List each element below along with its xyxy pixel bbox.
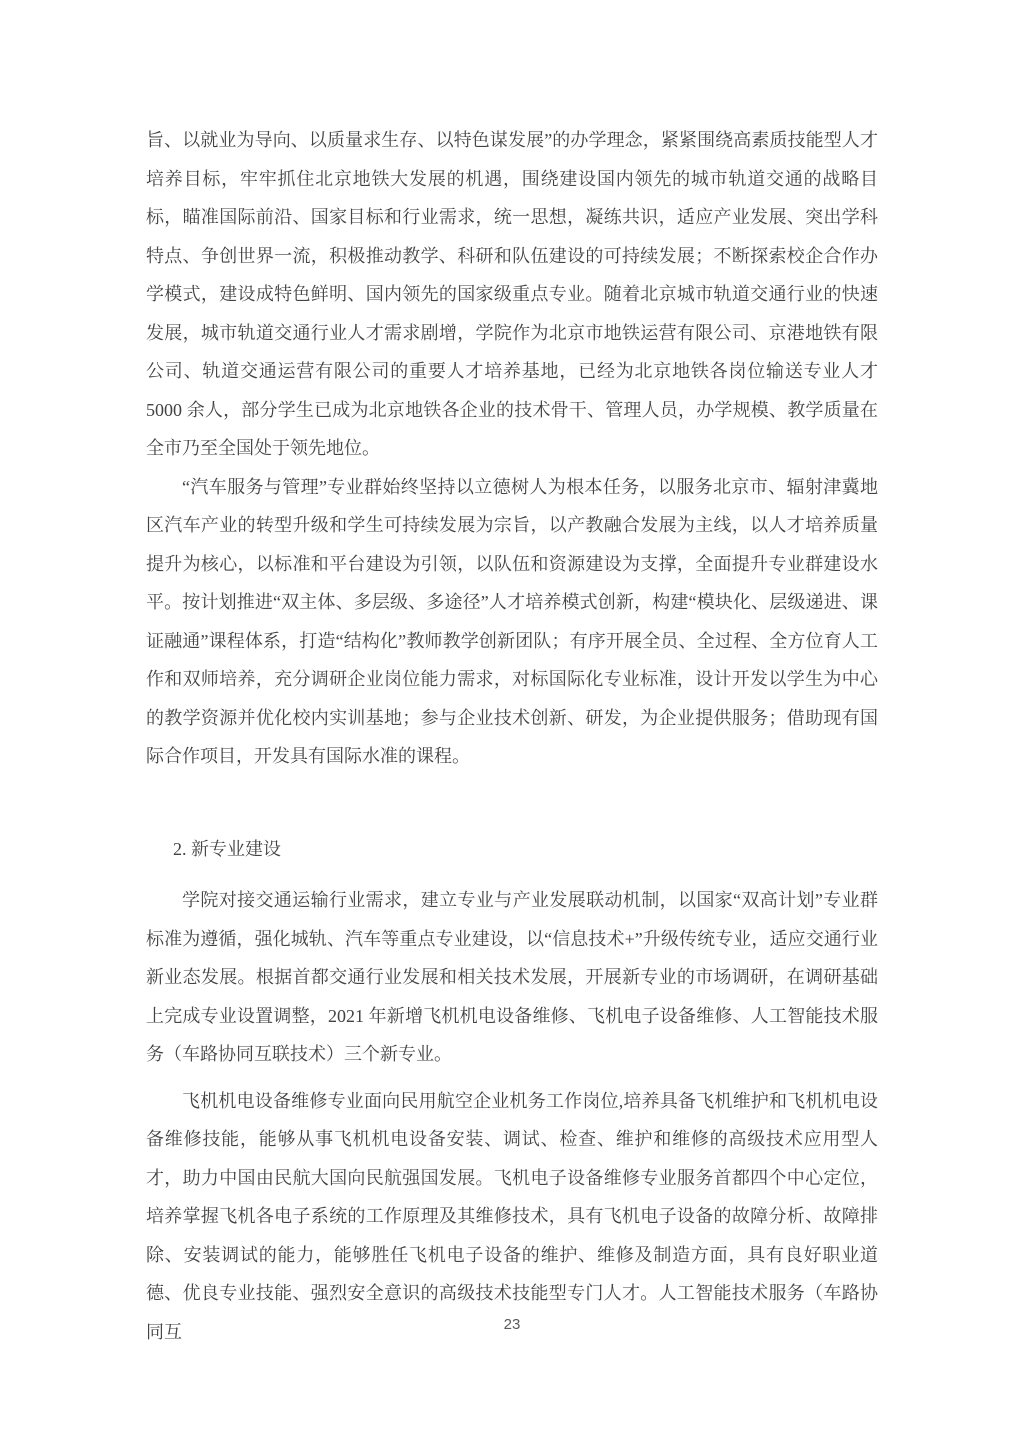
document-page: 旨、以就业为导向、以质量求生存、以特色谋发展”的办学理念，紧紧围绕高素质技能型人… — [0, 0, 1024, 1448]
body-paragraph-2: “汽车服务与管理”专业群始终坚持以立德树人为根本任务，以服务北京市、辐射津冀地区… — [146, 468, 878, 776]
page-body: 旨、以就业为导向、以质量求生存、以特色谋发展”的办学理念，紧紧围绕高素质技能型人… — [146, 121, 878, 1351]
body-paragraph-1: 旨、以就业为导向、以质量求生存、以特色谋发展”的办学理念，紧紧围绕高素质技能型人… — [146, 121, 878, 468]
body-paragraph-4: 飞机机电设备维修专业面向民用航空企业机务工作岗位,培养具备飞机维护和飞机机电设备… — [146, 1082, 878, 1352]
body-paragraph-3: 学院对接交通运输行业需求，建立专业与产业发展联动机制，以国家“双高计划”专业群标… — [146, 881, 878, 1074]
section-heading: 2. 新专业建设 — [146, 830, 878, 869]
page-number: 23 — [0, 1315, 1024, 1335]
